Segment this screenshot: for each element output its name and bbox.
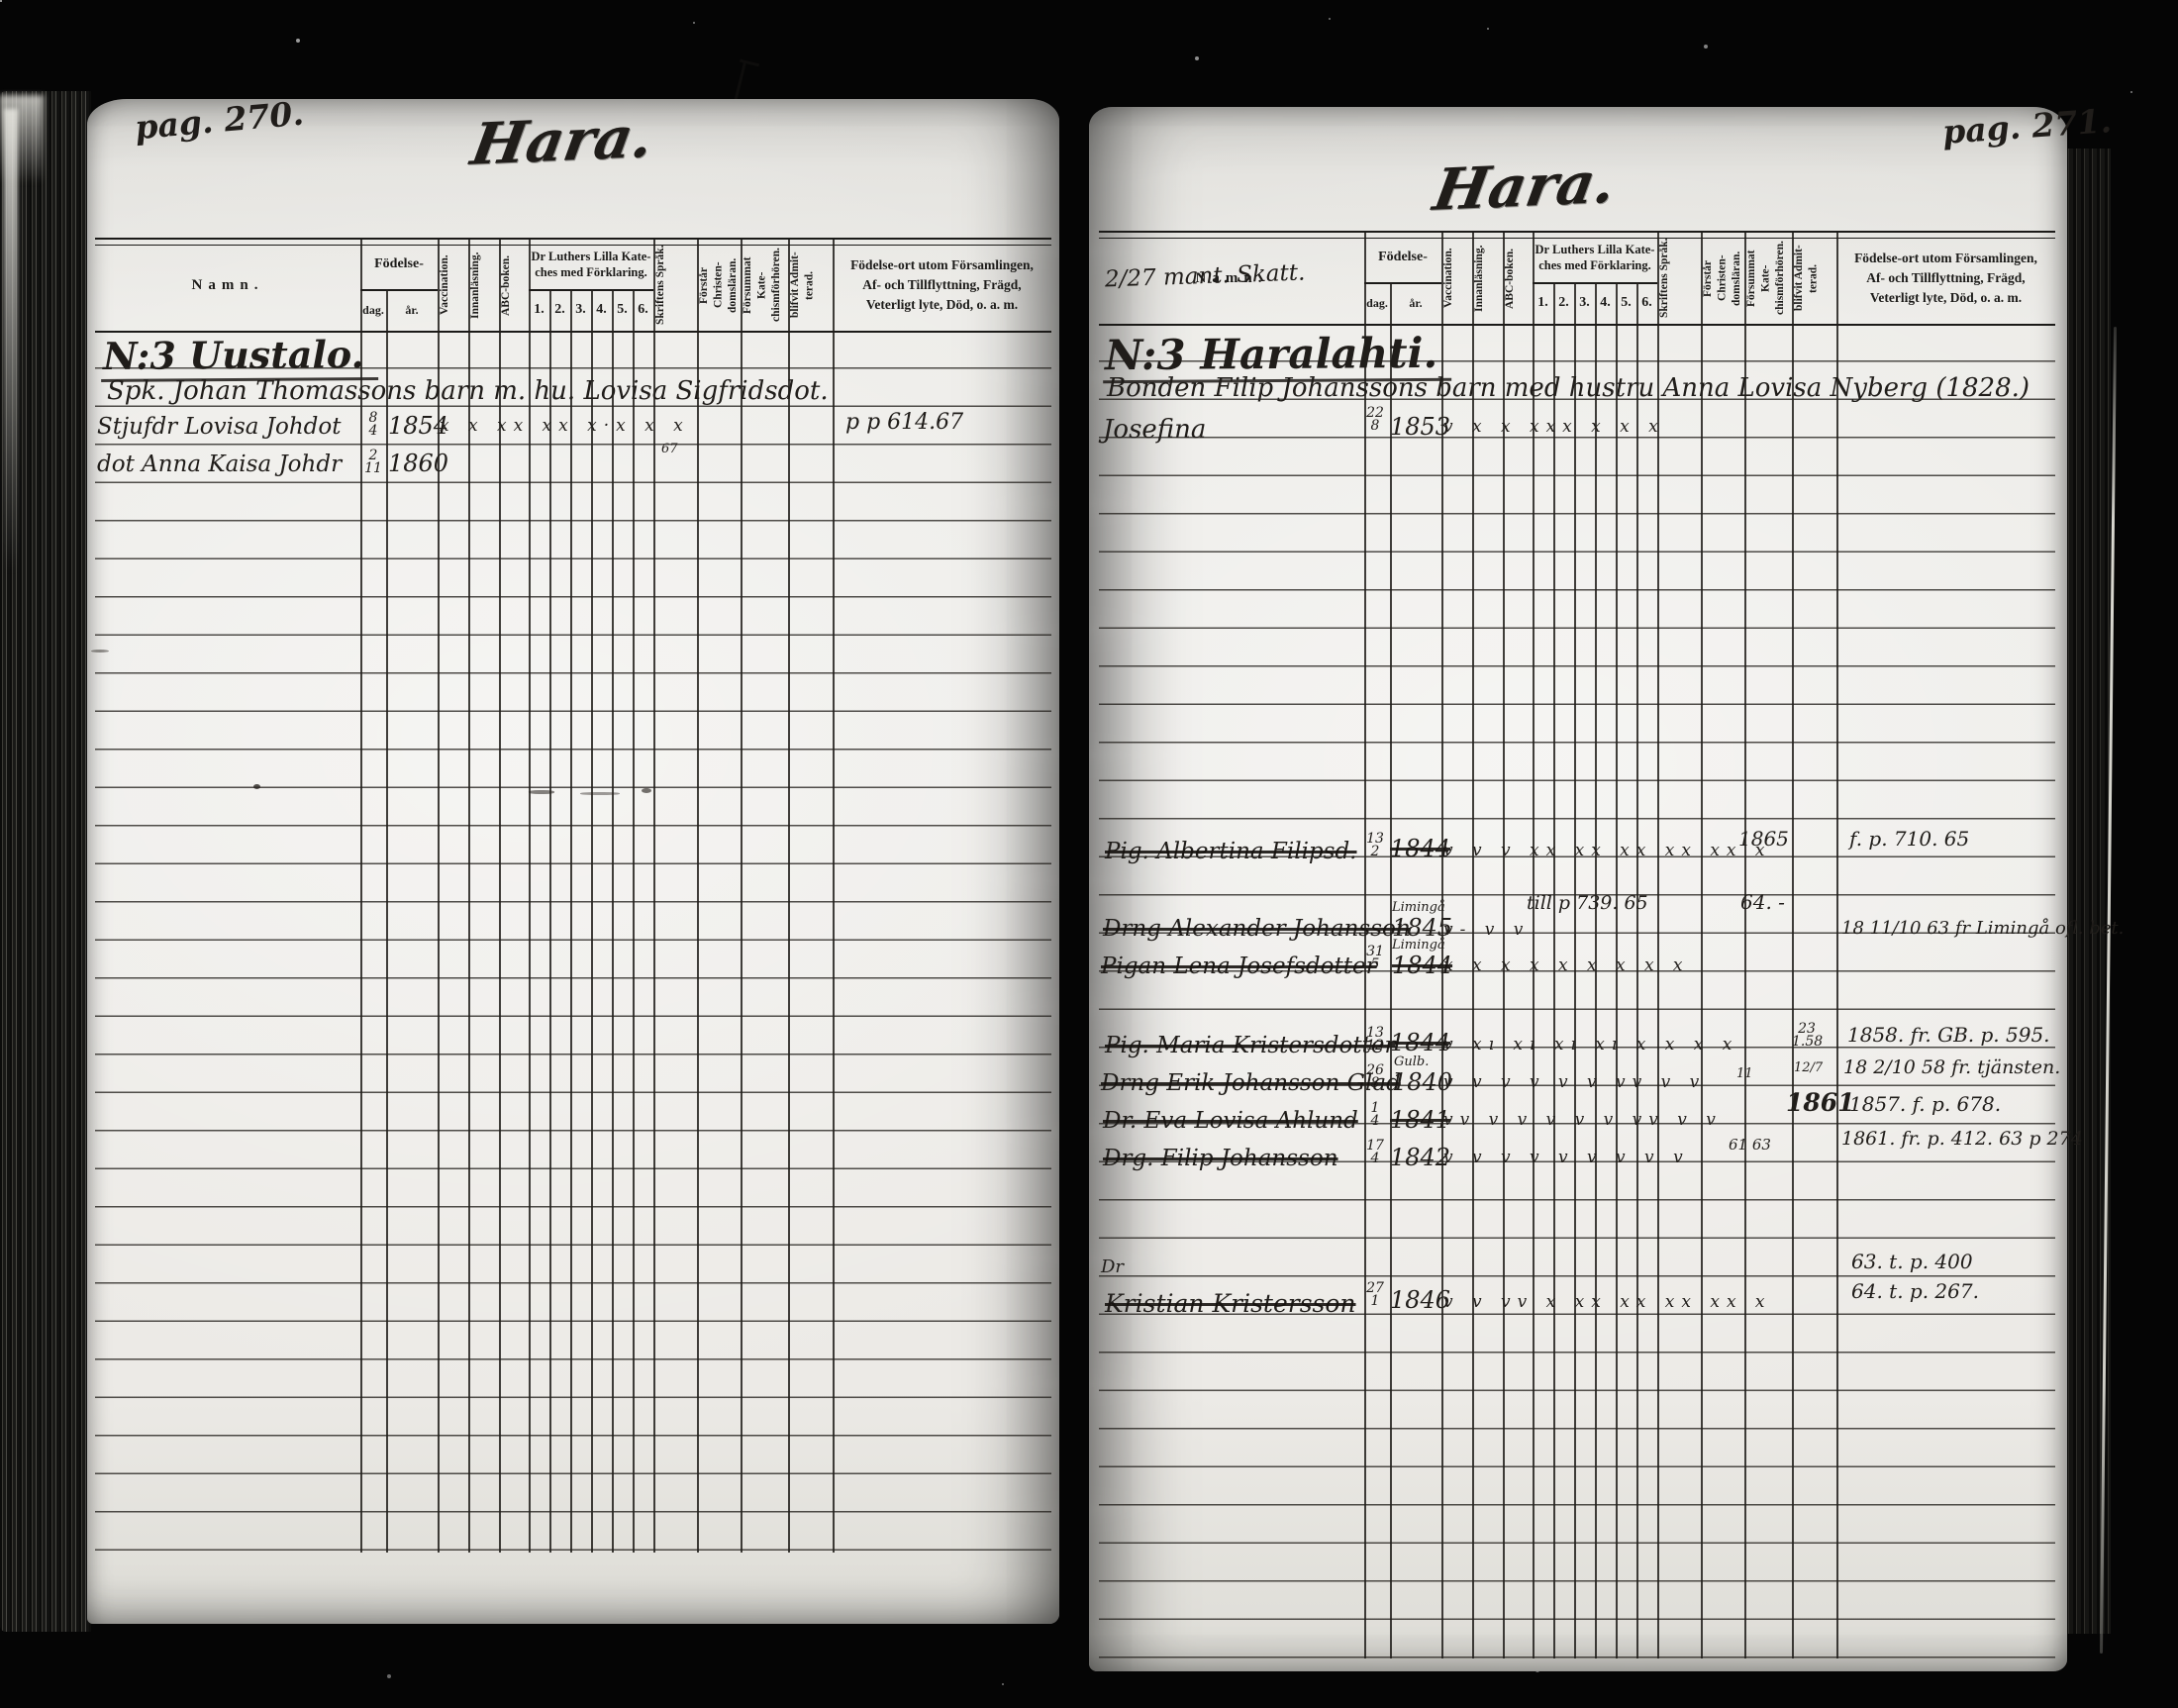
- col-header-abc-boken: ABC-boken.: [499, 243, 531, 328]
- remark-note: 64. t. p. 267.: [1851, 1279, 1979, 1303]
- kateches-col-5: 5.: [1616, 282, 1636, 324]
- examination-marks: v v v v v v vv v v: [1443, 1072, 1706, 1092]
- person-name: Kristian Kristersson: [1105, 1289, 1356, 1318]
- examination-marks: v xı xı xı xı x x x x: [1443, 1035, 1738, 1055]
- name-prefix: Dr: [1101, 1256, 1124, 1277]
- admit-note: 64. -: [1740, 890, 1785, 914]
- family-line: Spk. Johan Thomassons barn m. hu. Lovisa…: [107, 376, 829, 406]
- person-name: Drng Erik Johansson Glad: [1101, 1070, 1401, 1096]
- col-header-description: Födelse-ort utom Församlingen, Af- och T…: [833, 240, 1051, 331]
- birth-day: 1 4: [1360, 1102, 1390, 1128]
- ink-smudge: [642, 788, 651, 793]
- remark-note: 18 11/10 63 fr Limingå ofl. bet.: [1841, 918, 2124, 939]
- person-name: Pig. Albertina Filipsd.: [1105, 839, 1357, 864]
- right-page: pag. 271. Hara. 2/27 mant. Skatt. Namn. …: [1089, 107, 2067, 1671]
- page-number-right: pag. 271.: [1941, 101, 2113, 151]
- birthplace-note: Limingå: [1392, 900, 1445, 915]
- birth-day: 2 11: [358, 450, 388, 475]
- col-header-kateches: Dr Luthers Lilla Kate- ches med Förklari…: [1533, 233, 1657, 282]
- col-header-ar: år.: [1390, 282, 1441, 324]
- col-header-forsummat-katechesforhoren: Försummat Kate- chismförhören.: [741, 243, 790, 328]
- col-header-fodelse: Födelse-: [1364, 233, 1441, 282]
- person-name: Dr. Eva Lovisa Ahlund: [1103, 1108, 1358, 1134]
- inline-reference: till p 739. 65: [1527, 892, 1648, 914]
- remark-note: 1861. fr. p. 412. 63 p 274: [1841, 1128, 2083, 1150]
- col-header-innanlasning: Innanläsning.: [468, 243, 501, 328]
- birth-day: 13 12: [1360, 1027, 1390, 1053]
- col-header-blifvit-admitterad: blifvit Admit- terad.: [1792, 236, 1838, 321]
- birth-day: 13 2: [1360, 833, 1390, 858]
- page-title-right: Hara.: [1369, 146, 1680, 226]
- remark-note: 63. t. p. 400: [1851, 1250, 1973, 1273]
- col-header-forstar-christendomslaran: Förstår Christen- domsläran.: [697, 243, 742, 328]
- birth-year: 1844: [1390, 1029, 1450, 1056]
- birth-year: 1860: [388, 450, 448, 477]
- person-name: Josefina: [1103, 415, 1206, 445]
- col-header-namn: Namn.: [1099, 233, 1364, 324]
- remark-note: 1858. fr. GB. p. 595.: [1847, 1023, 2050, 1047]
- kateches-col-1: 1.: [529, 289, 549, 331]
- col-header-blifvit-admitterad: blifvit Admit- terad.: [788, 243, 835, 328]
- col-header-kateches: Dr Luthers Lilla Kate- ches med Förklari…: [529, 240, 653, 289]
- register-table-left: Namn. Födelse- dag. år. Vaccination. Inn…: [95, 238, 1051, 1553]
- remark-note: f. p. 710. 65: [1849, 827, 1969, 851]
- col-header-dag: dag.: [360, 289, 386, 331]
- person-name: Stjufdr Lovisa Johdot: [97, 414, 341, 440]
- kateches-col-1: 1.: [1533, 282, 1553, 324]
- forsummat-note: 61 63: [1729, 1136, 1771, 1154]
- table-header-left: Namn. Födelse- dag. år. Vaccination. Inn…: [95, 240, 1051, 333]
- col-header-vaccination: Vaccination.: [1441, 236, 1474, 321]
- table-header-right: Namn. Födelse- dag. år. Vaccination. Inn…: [1099, 233, 2055, 326]
- birth-year: 1846: [1390, 1286, 1450, 1314]
- page-title-left: Hara.: [407, 100, 718, 180]
- examination-marks: x x xx xx x·x x x: [440, 416, 690, 436]
- birth-year: 1844: [1390, 835, 1450, 862]
- kateches-col-4: 4.: [591, 289, 612, 331]
- col-header-dag: dag.: [1364, 282, 1390, 324]
- col-header-ar: år.: [386, 289, 438, 331]
- examination-marks: v- v v: [1443, 920, 1530, 940]
- remark-note: 1857. f. p. 678.: [1849, 1092, 2001, 1116]
- birth-day: 27 1: [1360, 1282, 1390, 1308]
- col-header-innanlasning: Innanläsning.: [1472, 236, 1505, 321]
- forsummat-year: 1865: [1738, 827, 1789, 851]
- birth-day: 31 5: [1360, 946, 1390, 971]
- examination-marks: v v v v v v v v v: [1443, 1148, 1690, 1167]
- person-name: dot Anna Kaisa Johdr: [97, 452, 342, 477]
- kateches-col-6: 6.: [633, 289, 653, 331]
- page-number-left: pag. 270.: [134, 94, 306, 148]
- page-stack-top-highlight: [0, 95, 44, 184]
- scanned-church-book: { "table_header": { "namn": "Namn.", "fo…: [0, 0, 2178, 1708]
- person-name: Drg. Filip Johansson: [1103, 1146, 1338, 1171]
- left-page: pag. 270. Hara. Namn. Födelse- dag. år. …: [87, 99, 1059, 1624]
- examination-marks: v x x xxx x x x: [1443, 417, 1665, 437]
- examination-marks: x x x x x x x x x: [1443, 955, 1690, 975]
- birthplace-note: Gulb.: [1394, 1055, 1429, 1069]
- birth-year: 1841: [1390, 1106, 1450, 1134]
- col-header-description: Födelse-ort utom Församlingen, Af- och T…: [1836, 233, 2055, 324]
- person-name: Pig. Maria Kristersdotter: [1105, 1033, 1395, 1058]
- remark-note: 18 2/10 58 fr. tjänsten.: [1843, 1056, 2060, 1078]
- col-header-abc-boken: ABC-boken.: [1503, 236, 1534, 321]
- forsummat-note: 11: [1736, 1066, 1753, 1081]
- register-table-right: Namn. Födelse- dag. år. Vaccination. Inn…: [1099, 231, 2055, 1658]
- examination-marks: vv v v v v v vv v v: [1443, 1110, 1723, 1130]
- col-header-vaccination: Vaccination.: [438, 243, 470, 328]
- admit-note: 12/7: [1794, 1060, 1823, 1075]
- birth-day: 22 8: [1360, 407, 1390, 433]
- dust-specks: [0, 0, 2, 2]
- col-header-skriftens-sprak: Skriftens Språk.: [653, 243, 699, 328]
- skrift-note: 67: [661, 442, 678, 456]
- col-header-skriftens-sprak: Skriftens Språk.: [1657, 236, 1703, 321]
- birth-day: 26 8: [1360, 1064, 1390, 1090]
- family-line: Bonden Filip Johanssons barn med hustru …: [1107, 373, 2029, 403]
- col-header-forsummat-katechesforhoren: Försummat Kate- chismförhören.: [1744, 236, 1794, 321]
- admit-year: 1861: [1786, 1088, 1855, 1117]
- examination-marks: v v v xx xx xx xx xx x: [1443, 841, 1772, 860]
- birth-day: 8 4: [358, 412, 388, 438]
- kateches-col-4: 4.: [1595, 282, 1616, 324]
- ink-smudge: [529, 790, 554, 794]
- ink-smudge: [580, 792, 620, 795]
- col-header-namn: Namn.: [95, 240, 360, 331]
- entry-heading: N:3 Uustalo.: [101, 332, 378, 382]
- kateches-col-3: 3.: [570, 289, 591, 331]
- remark-note: p p 614.67: [845, 410, 963, 435]
- kateches-col-6: 6.: [1636, 282, 1657, 324]
- admit-date: 23 1.58: [1792, 1023, 1822, 1049]
- birthplace-note: Limingå: [1392, 938, 1445, 953]
- table-body-left: N:3 Uustalo. Spk. Johan Thomassons barn …: [95, 331, 1051, 1553]
- birth-day: 17 4: [1360, 1140, 1390, 1165]
- kateches-col-5: 5.: [612, 289, 633, 331]
- birth-year: 1853: [1390, 413, 1450, 441]
- kateches-col-2: 2.: [549, 289, 570, 331]
- ink-smudge: [253, 784, 260, 789]
- col-header-forstar-christendomslaran: Förstår Christen- domsläran.: [1701, 236, 1746, 321]
- col-header-fodelse: Födelse-: [360, 240, 438, 289]
- ink-smudge: [91, 650, 109, 653]
- examination-marks: v v vv x xx xx xx xx x: [1443, 1292, 1772, 1312]
- kateches-col-3: 3.: [1574, 282, 1595, 324]
- kateches-col-2: 2.: [1553, 282, 1574, 324]
- person-name: Pigan Lena Josefsdotter: [1101, 954, 1377, 979]
- birth-year: 1842: [1390, 1144, 1450, 1171]
- table-body-right: N:3 Haralahti. Bonden Filip Johanssons b…: [1099, 324, 2055, 1658]
- person-name: Drng Alexander Johansson: [1103, 916, 1411, 942]
